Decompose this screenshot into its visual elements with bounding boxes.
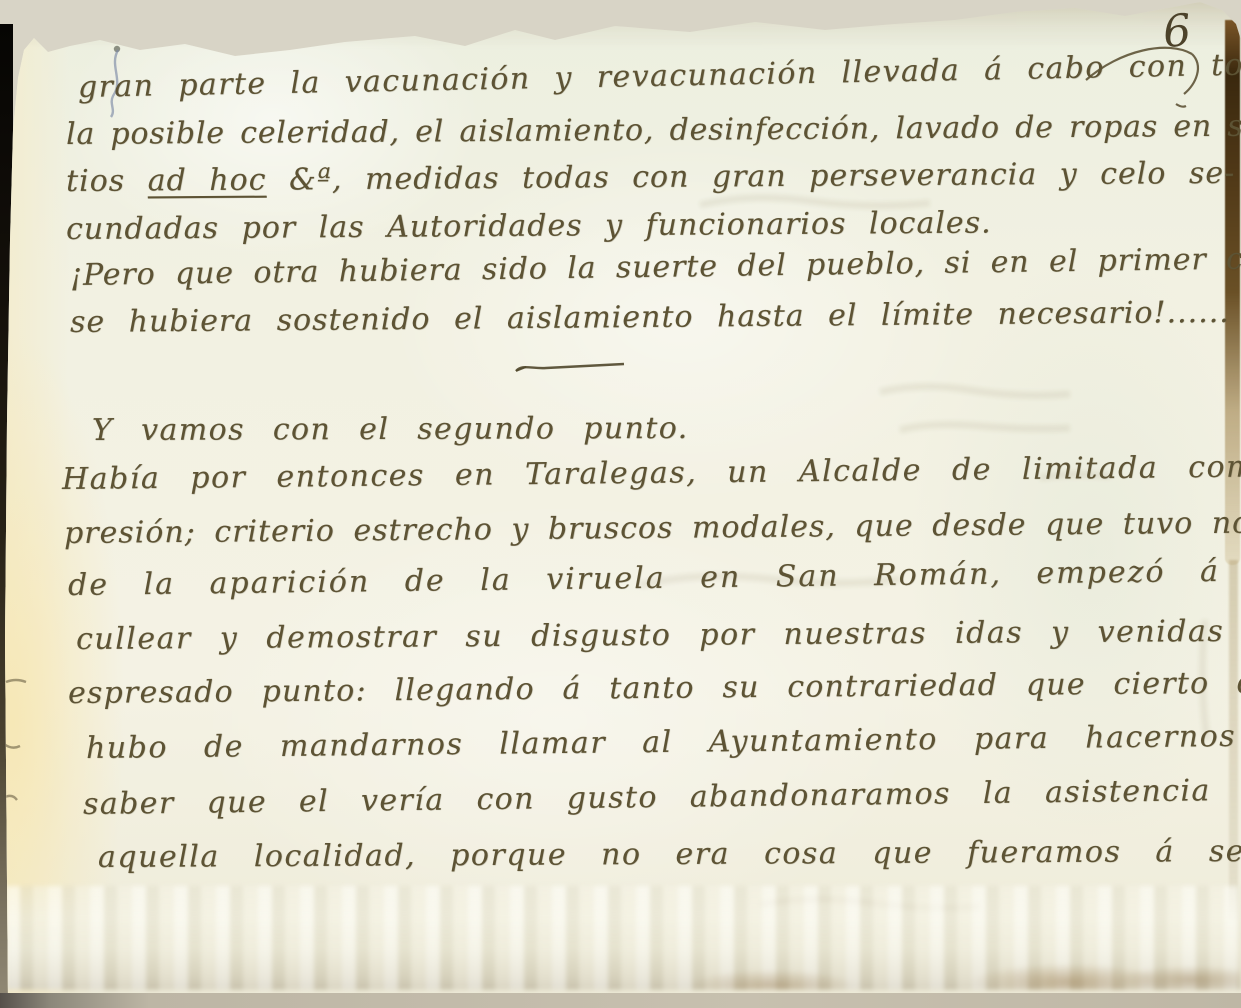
manuscript-line: presión; criterio estrecho y bruscos mod… (64, 505, 1241, 551)
handwriting-layer: 6 gran parte la vacunación y revacunació… (0, 0, 1241, 1002)
manuscript-line: Había por entonces en Taralegas, un Alca… (62, 449, 1241, 497)
deckled-bottom-edge (6, 886, 1241, 990)
manuscript-line: se hubiera sostenido el aislamiento hast… (70, 295, 1230, 340)
manuscript-line: saber que el vería con gusto abandonaram… (83, 772, 1241, 822)
manuscript-line: aquella localidad, porque no era cosa qu… (98, 834, 1241, 875)
manuscript-line: cundadas por las Autoridades y funcionar… (66, 206, 992, 247)
manuscript-line: Y vamos con el segundo punto. (92, 411, 689, 448)
manuscript-line: la posible celeridad, el aislamiento, de… (66, 109, 1241, 152)
manuscript-line: gran parte la vacunación y revacunación … (78, 47, 1241, 105)
manuscript-page: 6 gran parte la vacunación y revacunació… (0, 0, 1241, 1002)
underlined-phrase: ad hoc (148, 163, 267, 199)
scanner-bottom-band (0, 993, 1241, 1008)
line-text: tios (66, 163, 148, 199)
manuscript-scan: 6 gran parte la vacunación y revacunació… (0, 0, 1241, 1008)
manuscript-line: ¡Pero que otra hubiera sido la suerte de… (70, 241, 1241, 293)
line-text: &ª, medidas todas con gran perseverancia… (266, 156, 1235, 198)
manuscript-line: de la aparición de la viruela en San Rom… (68, 553, 1241, 603)
manuscript-line: espresado punto: llegando á tanto su con… (68, 665, 1241, 711)
manuscript-line: cullear y demostrar su disgusto por nues… (76, 614, 1241, 657)
manuscript-line: hubo de mandarnos llamar al Ayuntamiento… (86, 719, 1236, 766)
manuscript-line: tios ad hoc &ª, medidas todas con gran p… (66, 156, 1235, 199)
section-divider (512, 358, 630, 378)
